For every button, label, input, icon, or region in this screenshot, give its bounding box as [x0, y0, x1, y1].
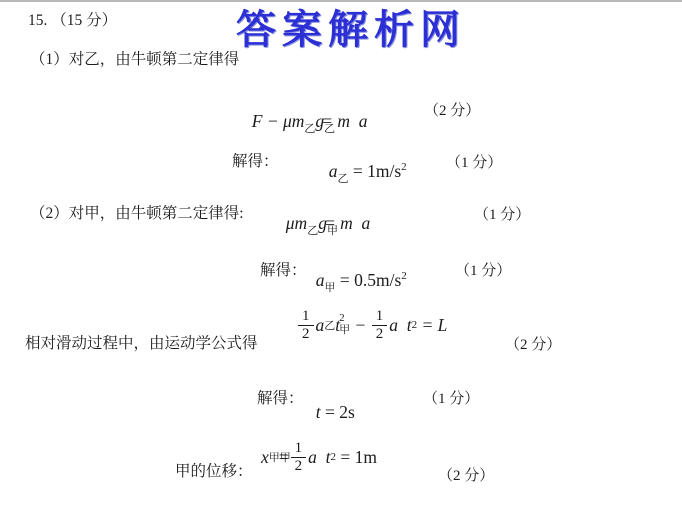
f7-frac-den: 2: [291, 458, 307, 475]
f5-t2: t: [398, 315, 412, 336]
watermark: 答案解析网: [236, 0, 466, 55]
points-f5: （2 分）: [505, 333, 561, 354]
kinematics-text: 相对滑动过程中，由运动学公式得: [25, 331, 258, 353]
points-f3: （1 分）: [474, 203, 530, 224]
f5-frac2-den: 2: [372, 326, 388, 343]
f7-frac-num: 1: [291, 440, 307, 458]
points-f2: （1 分）: [446, 151, 502, 172]
points-f7: （2 分）: [438, 464, 494, 485]
f5-a-yi: a: [316, 315, 325, 336]
formula-a-yi: a乙 = 1m/s2: [320, 140, 407, 186]
f7-t: t: [317, 447, 331, 468]
f4-value: = 0.5m/s: [336, 270, 402, 290]
f4-a: a: [316, 270, 325, 290]
points-f1: （2 分）: [424, 99, 480, 120]
f4-sup: 2: [401, 270, 407, 282]
f2-a: a: [329, 161, 338, 181]
f2-sup: 2: [401, 161, 407, 173]
f7-eq: =: [279, 447, 289, 468]
f5-sub-yi: 乙: [324, 317, 335, 333]
f3-term: μm: [286, 213, 307, 233]
step2-text: （2）对甲，由牛顿第二定律得:: [30, 201, 244, 223]
formula-newton-yi: F − μm乙g乙= m a: [243, 90, 368, 136]
f1-rhs: = m a: [321, 111, 367, 131]
f5-supsub: 2甲: [339, 313, 350, 336]
f5-frac2-num: 1: [372, 308, 388, 326]
f7-rhs: = 1m: [336, 447, 377, 468]
formula-kinematics: 12a乙t2甲 − 12a t2 = L: [296, 300, 447, 350]
step1-text: （1）对乙，由牛顿第二定律得: [30, 47, 239, 69]
f7-a: a: [308, 447, 317, 468]
f7-x: x: [261, 447, 269, 468]
f4-sub-jia: 甲: [325, 282, 336, 294]
f5-a2: a: [389, 315, 398, 336]
points-f6: （1 分）: [423, 387, 479, 408]
f3-sub-yi: 乙: [307, 225, 318, 237]
f5-rhs: = L: [417, 315, 447, 336]
f2-sub-yi: 乙: [338, 173, 349, 185]
solve-label-3: 解得：: [257, 386, 304, 408]
formula-t: t = 2s: [307, 381, 355, 423]
solve-label-2: 解得：: [260, 258, 307, 280]
formula-a-jia: a甲 = 0.5m/s2: [307, 249, 407, 295]
problem-number: 15. （15 分）: [28, 8, 117, 30]
f5-minus: −: [351, 315, 370, 336]
f5-frac1: 12: [298, 308, 314, 342]
f6-value: = 2s: [321, 402, 355, 422]
points-f4: （1 分）: [455, 259, 511, 280]
f7-frac: 12: [291, 440, 307, 474]
f5-sub-jia: 甲: [339, 325, 350, 337]
f1-sub-yi: 乙: [304, 123, 315, 135]
f1-term: F − μm: [252, 111, 305, 131]
solve-label-1: 解得：: [232, 149, 279, 171]
f5-frac2: 12: [372, 308, 388, 342]
f3-rhs: = m a: [324, 213, 370, 233]
formula-displacement: x甲甲=12a t2 = 1m: [261, 432, 377, 482]
f2-value: = 1m/s: [349, 161, 402, 181]
f5-frac1-den: 2: [298, 326, 314, 343]
displacement-text: 甲的位移：: [175, 459, 253, 481]
formula-newton-jia: μm乙g甲= m a: [277, 192, 370, 238]
f5-frac1-num: 1: [298, 308, 314, 326]
